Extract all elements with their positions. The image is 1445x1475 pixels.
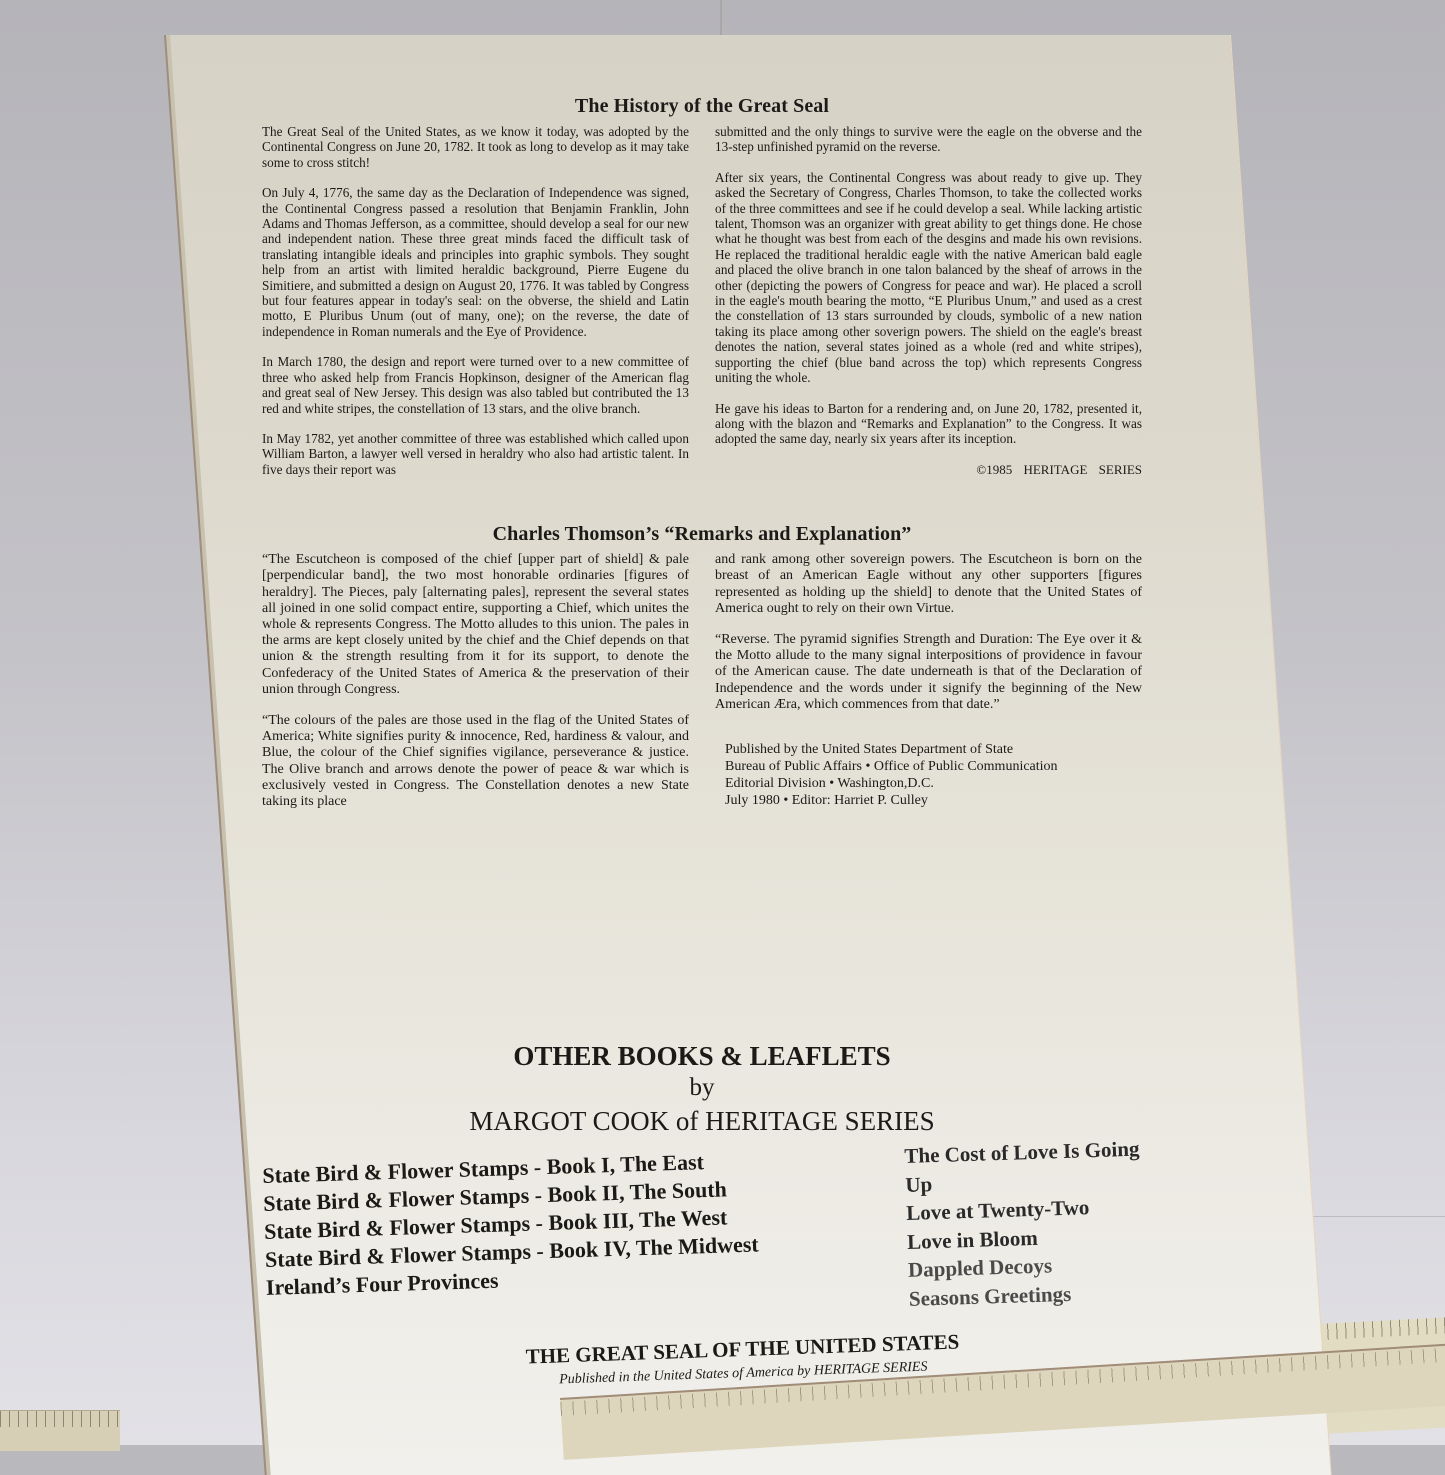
paragraph: He gave his ideas to Barton for a render…: [715, 401, 1142, 447]
history-title: The History of the Great Seal: [262, 95, 1142, 118]
remarks-right-column: and rank among other sovereign powers. T…: [715, 552, 1142, 810]
publication-line: Published by the United States Departmen…: [725, 741, 1142, 758]
paragraph: The Great Seal of the United States, as …: [262, 124, 689, 170]
history-right-column: submitted and the only things to survive…: [715, 124, 1142, 477]
document-photo: The History of the Great Seal The Great …: [0, 0, 1445, 1445]
paragraph: In May 1782, yet another committee of th…: [262, 431, 689, 477]
paragraph: “Reverse. The pyramid signifies Strength…: [715, 632, 1142, 713]
paragraph: and rank among other sovereign powers. T…: [715, 552, 1142, 617]
history-section: The History of the Great Seal The Great …: [262, 95, 1142, 477]
publication-line: Bureau of Public Affairs • Office of Pub…: [725, 758, 1142, 775]
other-books-by: by: [262, 1072, 1142, 1104]
remarks-section: Charles Thomson’s “Remarks and Explanati…: [262, 523, 1142, 810]
publication-line: Editorial Division • Washington,D.C.: [725, 775, 1142, 792]
paragraph: On July 4, 1776, the same day as the Dec…: [262, 185, 689, 339]
remarks-title: Charles Thomson’s “Remarks and Explanati…: [262, 523, 1142, 546]
page-content: The History of the Great Seal The Great …: [262, 95, 1142, 810]
history-copyright: ©1985 HERITAGE SERIES: [715, 462, 1142, 477]
books-list-right: The Cost of Love Is Going Up Love at Twe…: [904, 1135, 1147, 1313]
leaflet-page: The History of the Great Seal The Great …: [170, 35, 1331, 1445]
other-books-author: MARGOT COOK of HERITAGE SERIES: [262, 1104, 1142, 1138]
publication-info: Published by the United States Departmen…: [715, 741, 1142, 809]
leaflet-title: The Cost of Love Is Going Up: [904, 1135, 1144, 1199]
history-left-column: The Great Seal of the United States, as …: [262, 124, 689, 477]
paragraph: “The colours of the pales are those used…: [262, 713, 689, 810]
books-list-left: State Bird & Flower Stamps - Book I, The…: [262, 1146, 760, 1301]
paragraph: In March 1780, the design and report wer…: [262, 354, 689, 416]
paragraph: submitted and the only things to survive…: [715, 124, 1142, 155]
paragraph: After six years, the Continental Congres…: [715, 170, 1142, 386]
publication-line: July 1980 • Editor: Harriet P. Culley: [725, 792, 1142, 809]
remarks-left-column: “The Escutcheon is composed of the chief…: [262, 552, 689, 810]
paragraph: “The Escutcheon is composed of the chief…: [262, 552, 689, 698]
other-books-section: OTHER BOOKS & LEAFLETS by MARGOT COOK of…: [262, 1040, 1142, 1312]
other-books-title: OTHER BOOKS & LEAFLETS: [262, 1040, 1142, 1072]
